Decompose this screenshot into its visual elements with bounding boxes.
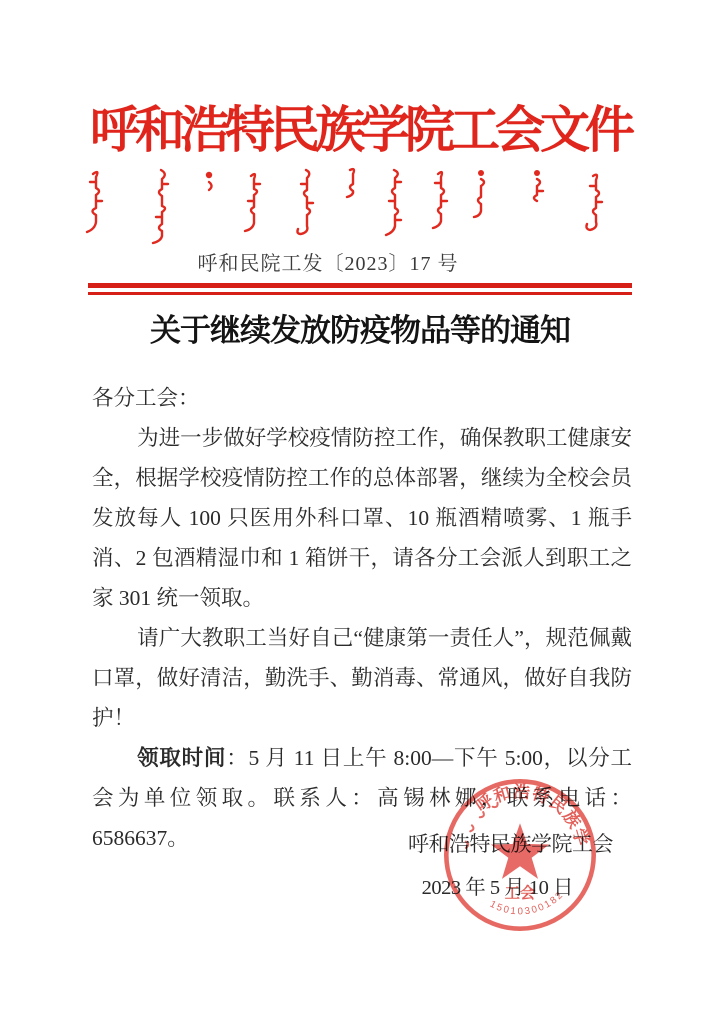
mongolian-glyphs (87, 169, 602, 243)
mongolian-script-row (80, 164, 610, 256)
official-document-page: 呼和浩特民族学院工会文件 (0, 0, 720, 1018)
document-header-title: 呼和浩特民族学院工会文件 (0, 90, 720, 162)
red-divider-line (88, 283, 632, 295)
signature-date: 2023 年 5 月 10 日 (422, 870, 573, 900)
document-number: 呼和民院工发〔2023〕17 号 (0, 247, 688, 276)
document-body: 各分工会： 为进一步做好学校疫情防控工作，确保教职工健康安全，根据学校疫情防控工… (92, 378, 632, 858)
salutation: 各分工会： (92, 378, 632, 418)
paragraph-1: 为进一步做好学校疫情防控工作，确保教职工健康安全，根据学校疫情防控工作的总体部署… (92, 418, 632, 618)
notice-title: 关于继续发放防疫物品等的通知 (0, 305, 720, 350)
pickup-time-label: 领取时间 (137, 746, 226, 770)
signature-org: 呼和浩特民族学院工会 (408, 828, 613, 858)
paragraph-2: 请广大教职工当好自己“健康第一责任人”，规范佩戴口罩，做好清洁，勤洗手、勤消毒、… (92, 618, 632, 738)
